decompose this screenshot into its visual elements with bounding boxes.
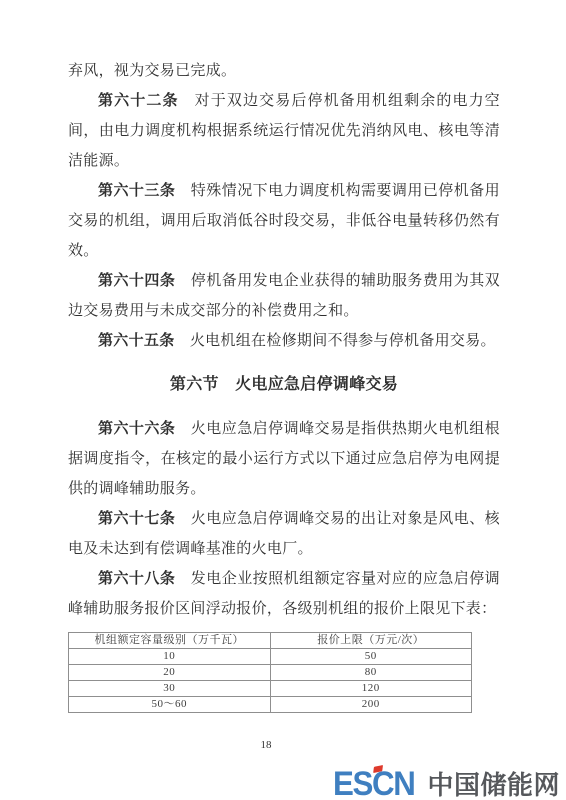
escn-logo-text: ESCN [333, 770, 414, 798]
table-row: 50～60 200 [69, 697, 472, 713]
article-68: 第六十八条 发电企业按照机组额定容量对应的应急启停调峰辅助服务报价区间浮动报价，… [68, 564, 500, 624]
table-cell: 20 [69, 665, 271, 681]
article-67-number: 第六十七条 [98, 511, 175, 527]
table-row: 10 50 [69, 649, 472, 665]
article-65: 第六十五条 火电机组在检修期间不得参与停机备用交易。 [68, 326, 500, 356]
page-number: 18 [0, 739, 532, 751]
document-page: 弃风，视为交易已完成。 第六十二条 对于双边交易后停机备用机组剩余的电力空间，由… [0, 0, 566, 800]
article-65-number: 第六十五条 [98, 333, 175, 349]
table-cell: 80 [270, 665, 472, 681]
escn-logo-es: ES [333, 765, 372, 800]
table-cell: 200 [270, 697, 472, 713]
article-66: 第六十六条 火电应急启停调峰交易是指供热期火电机组根据调度指令，在核定的最小运行… [68, 414, 500, 504]
table-cell: 30 [69, 681, 271, 697]
article-62: 第六十二条 对于双边交易后停机备用机组剩余的电力空间，由电力调度机构根据系统运行… [68, 86, 500, 176]
section-heading: 第六节 火电应急启停调峰交易 [68, 370, 500, 400]
article-63: 第六十三条 特殊情况下电力调度机构需要调用已停机备用交易的机组，调用后取消低谷时… [68, 176, 500, 266]
escn-logo-chinese: 中国储能网 [427, 773, 560, 798]
article-64-number: 第六十四条 [98, 273, 175, 289]
table-row: 20 80 [69, 665, 472, 681]
paragraph-continuation: 弃风，视为交易已完成。 [68, 56, 500, 86]
price-cap-table: 机组额定容量级别（万千瓦） 报价上限（万元/次） 10 50 20 80 30 … [68, 632, 472, 713]
table-header-price-cap: 报价上限（万元/次） [270, 633, 472, 649]
table-cell: 120 [270, 681, 472, 697]
article-64: 第六十四条 停机备用发电企业获得的辅助服务费用为其双边交易费用与未成交部分的补偿… [68, 266, 500, 326]
article-63-number: 第六十三条 [98, 183, 175, 199]
table-row: 30 120 [69, 681, 472, 697]
escn-watermark-logo: ESCN 中国储能网 [333, 770, 560, 798]
table-cell: 50 [270, 649, 472, 665]
table-cell: 10 [69, 649, 271, 665]
article-68-number: 第六十八条 [98, 571, 175, 587]
table-header-row: 机组额定容量级别（万千瓦） 报价上限（万元/次） [69, 633, 472, 649]
article-62-number: 第六十二条 [98, 93, 179, 109]
article-65-text: 火电机组在检修期间不得参与停机备用交易。 [175, 333, 496, 349]
escn-logo-n: N [393, 765, 414, 800]
document-body: 弃风，视为交易已完成。 第六十二条 对于双边交易后停机备用机组剩余的电力空间，由… [68, 56, 500, 713]
article-67: 第六十七条 火电应急启停调峰交易的出让对象是风电、核电及未达到有偿调峰基准的火电… [68, 504, 500, 564]
table-cell: 50～60 [69, 697, 271, 713]
table-header-capacity: 机组额定容量级别（万千瓦） [69, 633, 271, 649]
article-66-number: 第六十六条 [98, 421, 175, 437]
